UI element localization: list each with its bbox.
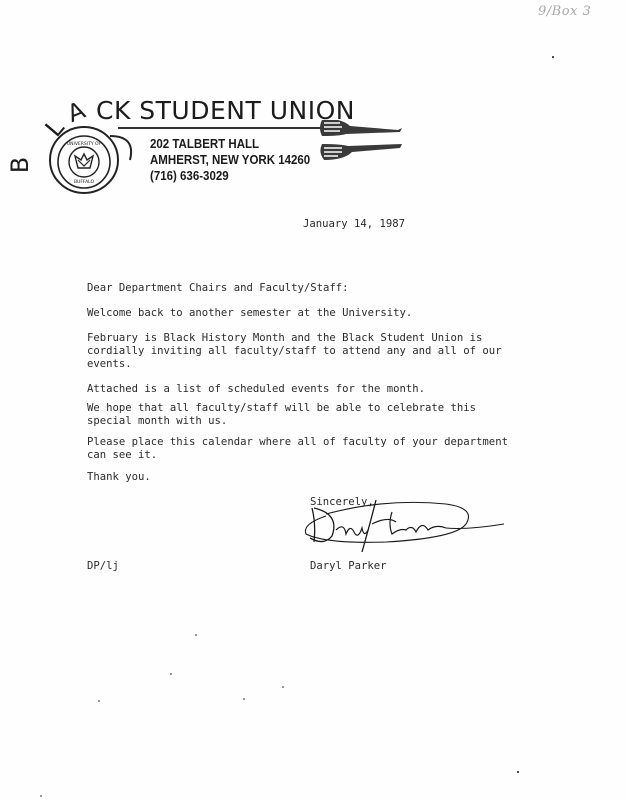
svg-text:UNIVERSITY OF: UNIVERSITY OF [67, 141, 102, 147]
paper-speck [517, 771, 519, 773]
typist-initials: DP/lj [87, 560, 119, 573]
org-initial-b: B [6, 157, 34, 173]
letter-page: 9/Box 3 B L A CK STUDENT UNION UNIVERSIT… [0, 0, 626, 800]
paper-speck [170, 673, 172, 675]
phone-number: (716) 636-3029 [150, 168, 310, 184]
letter-date: January 14, 1987 [303, 218, 405, 231]
paragraph-invitation: February is Black History Month and the … [87, 332, 502, 371]
paper-speck [98, 700, 100, 702]
address-block: 202 TALBERT HALL AMHERST, NEW YORK 14260… [150, 136, 310, 184]
paragraph-welcome: Welcome back to another semester at the … [87, 307, 412, 320]
paragraph-attachment: Attached is a list of scheduled events f… [87, 383, 425, 396]
signer-name: Daryl Parker [310, 560, 387, 573]
paragraph-celebrate: We hope that all faculty/staff will be a… [87, 402, 476, 428]
address-line-2: AMHERST, NEW YORK 14260 [150, 152, 310, 168]
archive-box-note: 9/Box 3 [538, 4, 591, 19]
paper-speck [40, 795, 42, 797]
paper-speck [243, 698, 245, 700]
address-line-1: 202 TALBERT HALL [150, 136, 310, 152]
paragraph-thanks: Thank you. [87, 471, 151, 484]
paper-speck [552, 56, 554, 58]
paper-speck [195, 634, 197, 636]
letterhead: B L A CK STUDENT UNION UNIVERSITY OF BUF… [38, 96, 408, 196]
arrow-fletching-icon [316, 118, 406, 166]
paper-speck [282, 686, 284, 688]
salutation: Dear Department Chairs and Faculty/Staff… [87, 282, 349, 295]
handwritten-signature-icon [296, 494, 506, 556]
paragraph-calendar: Please place this calendar where all of … [87, 436, 508, 462]
svg-text:BUFFALO: BUFFALO [74, 179, 95, 185]
